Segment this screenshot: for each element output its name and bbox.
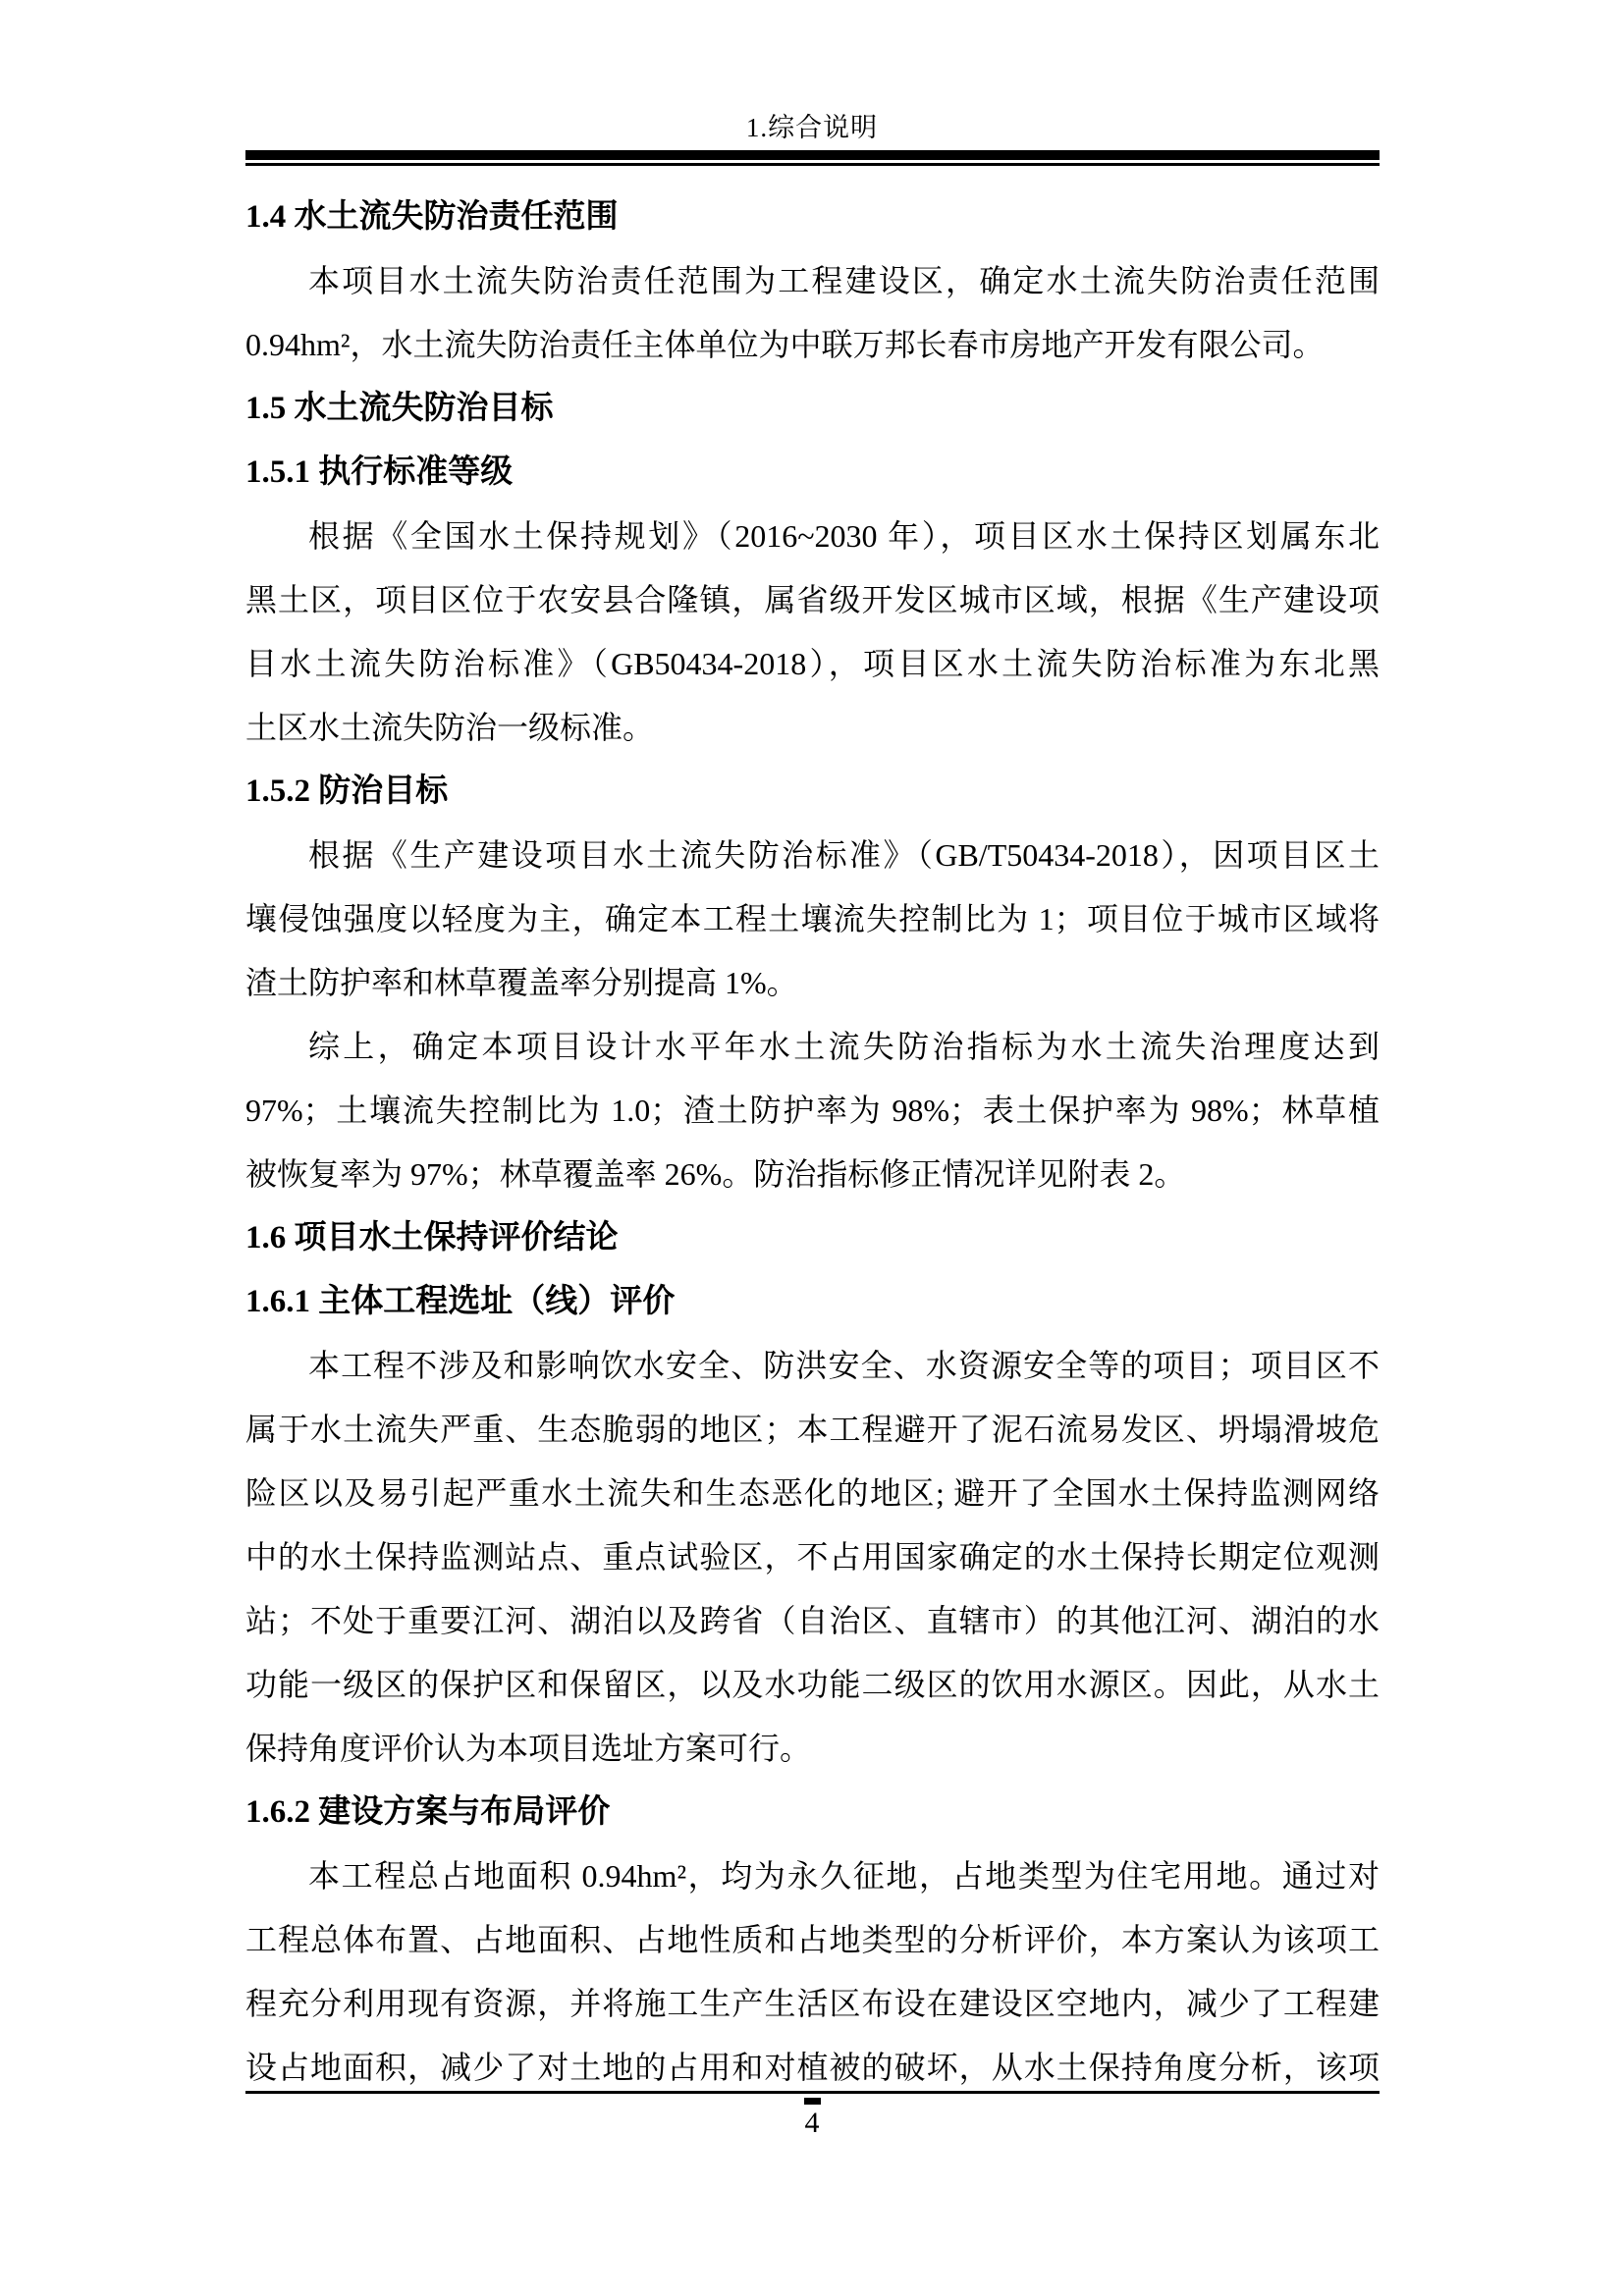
body-line: 本项目水土流失防治责任范围为工程建设区，确定水土流失防治责任范围 [245,249,1380,313]
body-line: 渣土防护率和林草覆盖率分别提高 1%。 [245,951,1380,1015]
body-line: 程充分利用现有资源，并将施工生产生活区布设在建设区空地内，减少了工程建 [245,1972,1380,2036]
page-header-title: 1.综合说明 [0,110,1624,145]
section-heading: 1.5.2 防治目标 [245,760,1380,824]
body-line: 根据《生产建设项目水土流失防治标准》（GB/T50434-2018），因项目区土 [245,824,1380,887]
body-line: 97%；土壤流失控制比为 1.0；渣土防护率为 98%；表土保护率为 98%；林… [245,1079,1380,1143]
body-line: 被恢复率为 97%；林草覆盖率 26%。防治指标修正情况详见附表 2。 [245,1143,1380,1206]
document-page: 1.综合说明 1.4 水土流失防治责任范围本项目水土流失防治责任范围为工程建设区… [0,0,1624,2296]
section-heading: 1.6.1 主体工程选址（线）评价 [245,1270,1380,1334]
header-rule-thick [245,150,1380,160]
body-line: 目水土流失防治标准》（GB50434-2018），项目区水土流失防治标准为东北黑 [245,632,1380,696]
body-line: 综上，确定本项目设计水平年水土流失防治指标为水土流失治理度达到 [245,1015,1380,1079]
section-heading: 1.4 水土流失防治责任范围 [245,186,1380,249]
body-line: 保持角度评价认为本项目选址方案可行。 [245,1717,1380,1781]
body-line: 站；不处于重要江河、湖泊以及跨省（自治区、直辖市）的其他江河、湖泊的水 [245,1589,1380,1653]
document-body: 1.4 水土流失防治责任范围本项目水土流失防治责任范围为工程建设区，确定水土流失… [245,186,1380,2100]
body-line: 本工程总占地面积 0.94hm²，均为永久征地，占地类型为住宅用地。通过对 [245,1844,1380,1908]
page-number: 4 [0,2103,1624,2144]
section-heading: 1.5.1 执行标准等级 [245,441,1380,505]
header-rule-thin [245,163,1380,166]
body-line: 壤侵蚀强度以轻度为主，确定本工程土壤流失控制比为 1；项目位于城市区域将 [245,887,1380,951]
section-heading: 1.5 水土流失防治目标 [245,377,1380,441]
body-line: 土区水土流失防治一级标准。 [245,696,1380,760]
body-line: 0.94hm²，水土流失防治责任主体单位为中联万邦长春市房地产开发有限公司。 [245,313,1380,377]
body-line: 黑土区，项目区位于农安县合隆镇，属省级开发区城市区域，根据《生产建设项 [245,568,1380,632]
body-line: 本工程不涉及和影响饮水安全、防洪安全、水资源安全等的项目；项目区不 [245,1334,1380,1398]
body-line: 险区以及易引起严重水土流失和生态恶化的地区; 避开了全国水土保持监测网络 [245,1462,1380,1525]
section-heading: 1.6.2 建设方案与布局评价 [245,1781,1380,1844]
section-heading: 1.6 项目水土保持评价结论 [245,1206,1380,1270]
body-line: 根据《全国水土保持规划》（2016~2030 年），项目区水土保持区划属东北 [245,505,1380,568]
body-line: 工程总体布置、占地面积、占地性质和占地类型的分析评价，本方案认为该项工 [245,1908,1380,1972]
footer-rule [245,2091,1380,2094]
body-line: 功能一级区的保护区和保留区，以及水功能二级区的饮用水源区。因此，从水土 [245,1653,1380,1717]
body-line: 中的水土保持监测站点、重点试验区，不占用国家确定的水土保持长期定位观测 [245,1525,1380,1589]
body-line: 属于水土流失严重、生态脆弱的地区；本工程避开了泥石流易发区、坍塌滑坡危 [245,1398,1380,1462]
